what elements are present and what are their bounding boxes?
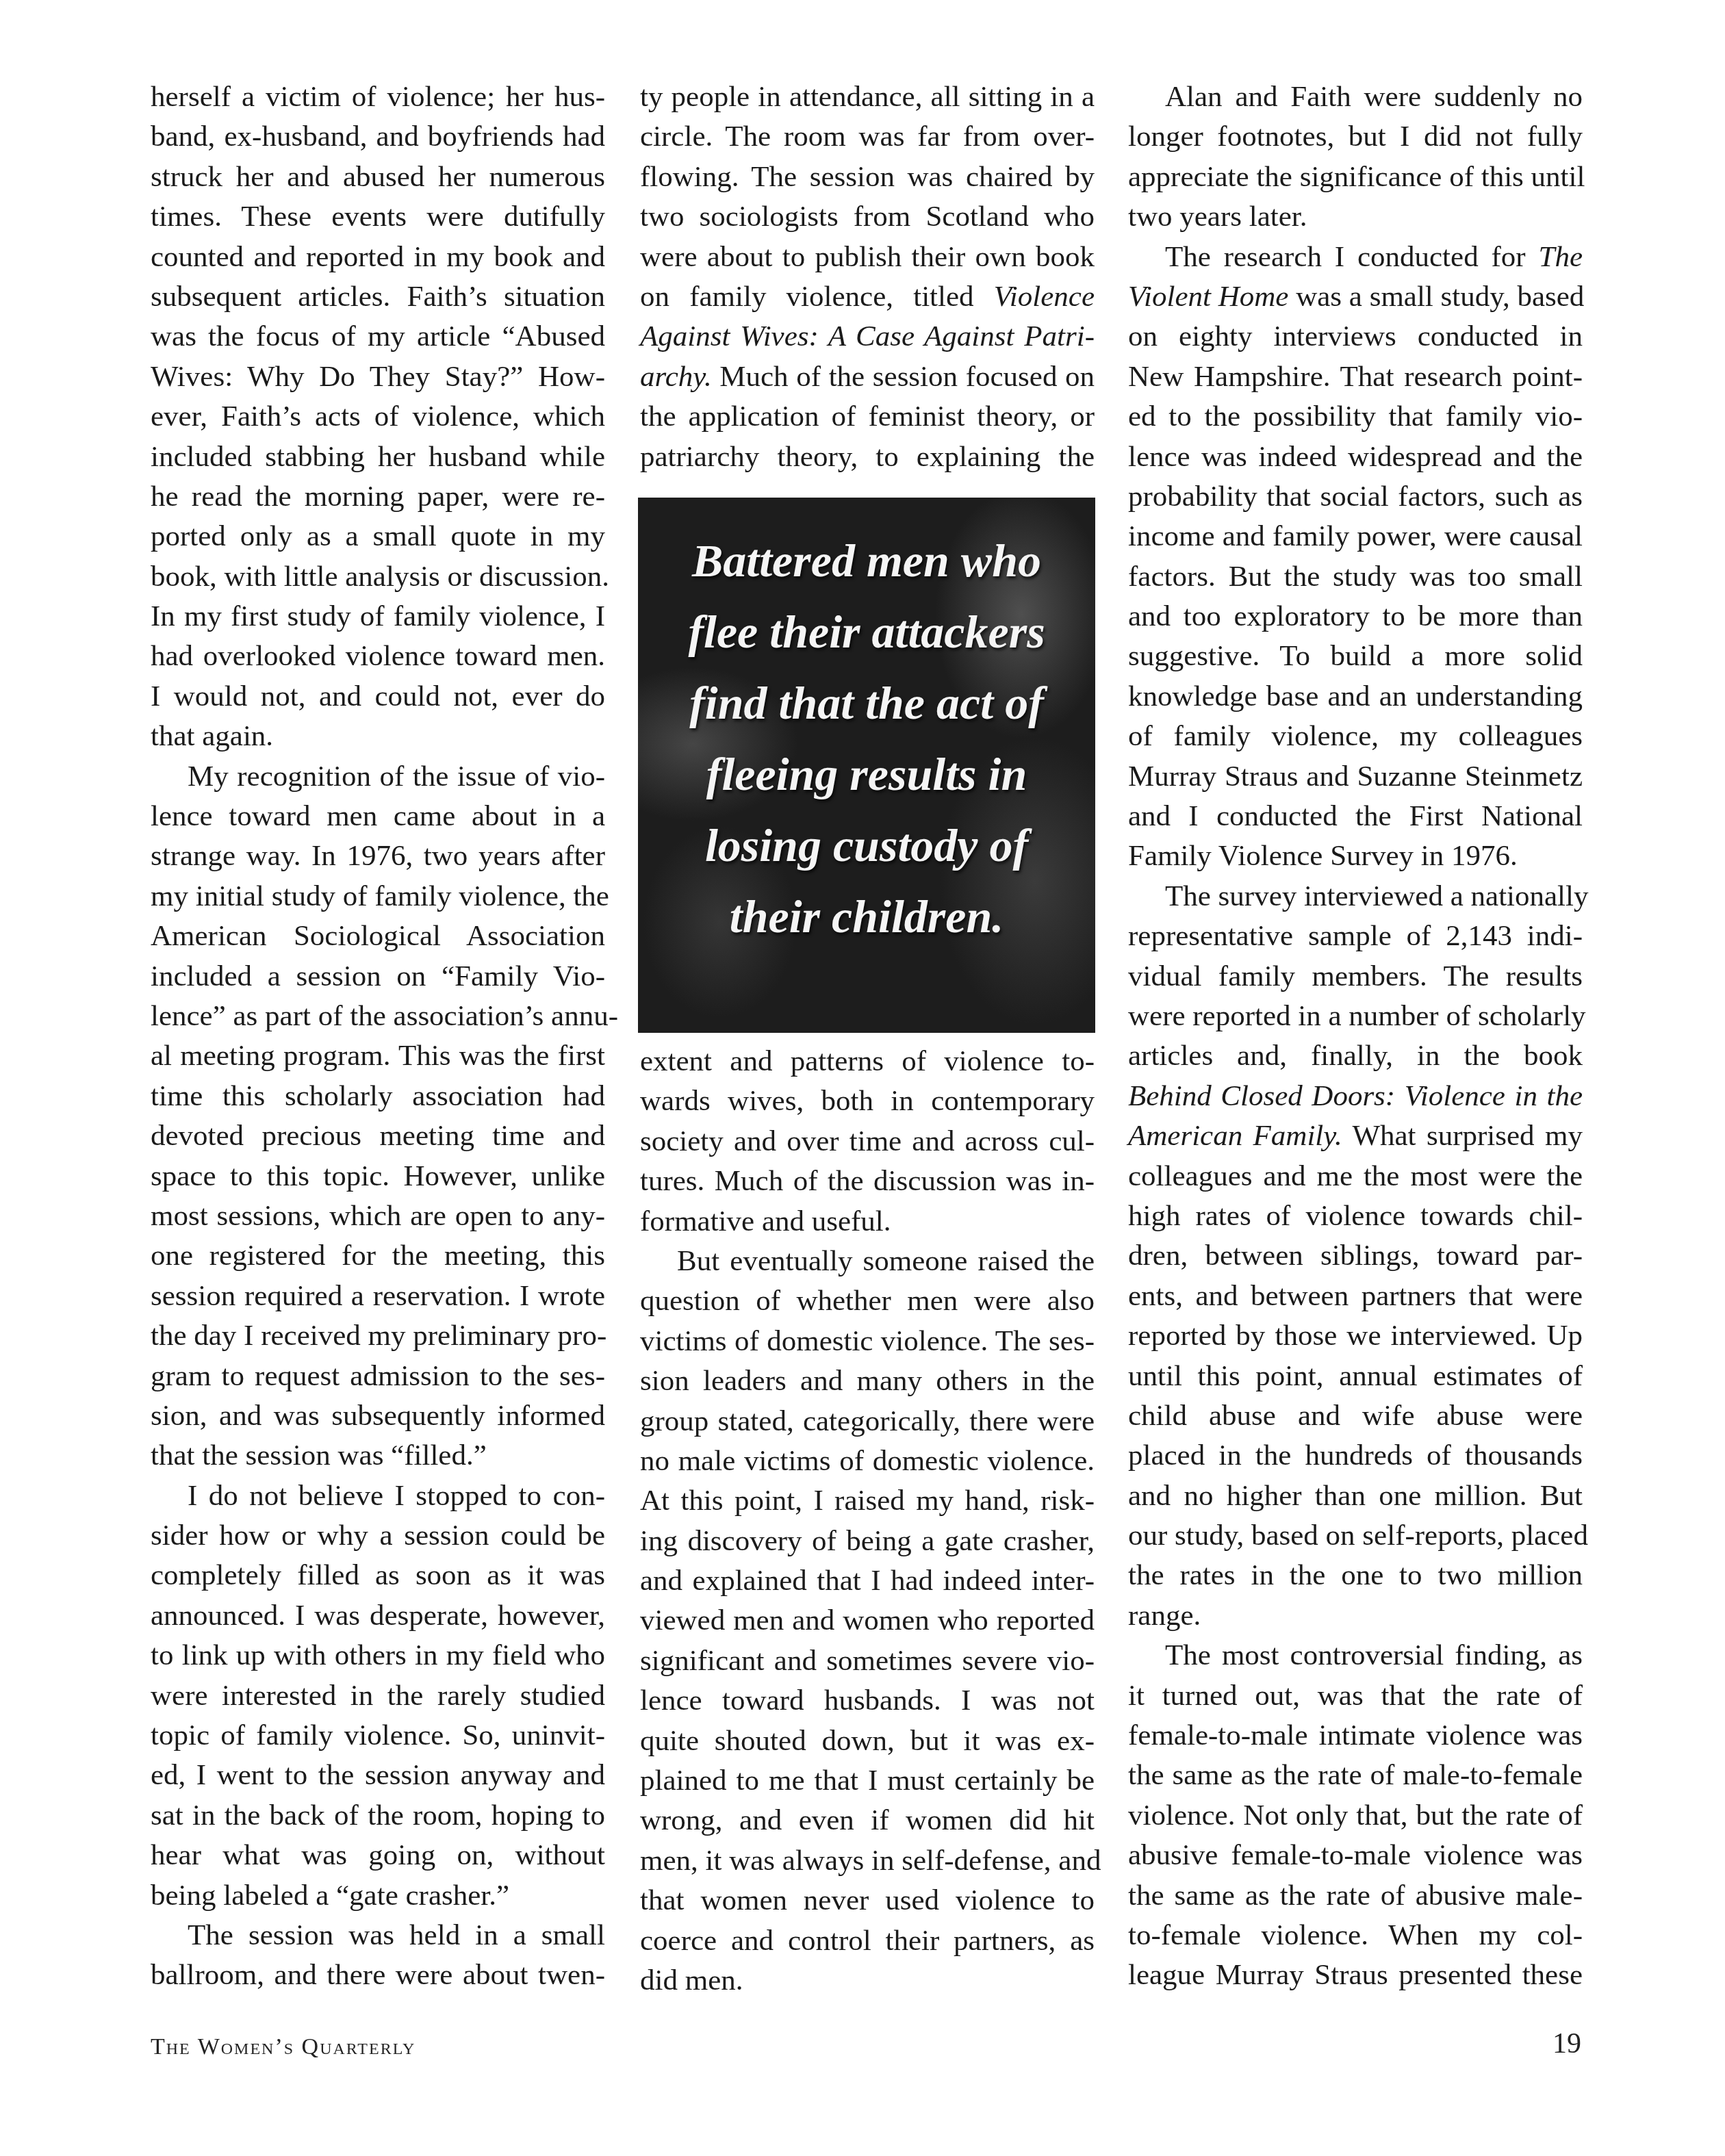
text-line: band, ex-husband, and boyfriends had <box>151 117 605 157</box>
text-line: American Sociological Association <box>151 916 605 956</box>
text-line: men, it was always in self-defense, and <box>640 1841 1095 1881</box>
italic-title: Behind Closed Doors: Violence in the <box>1128 1080 1583 1112</box>
text-line: that the session was “filled.” <box>151 1436 605 1476</box>
text-line: probability that social factors, such as <box>1128 477 1583 517</box>
text-line: herself a victim of violence; her hus- <box>151 77 605 117</box>
text-line: until this point, annual estimates of <box>1128 1357 1583 1396</box>
text-line: of family violence, my colleagues <box>1128 717 1583 756</box>
text-line: were about to publish their own book <box>640 238 1095 277</box>
text-line: lence toward men came about in a <box>151 797 605 836</box>
text-line: were interested in the rarely studied <box>151 1676 605 1716</box>
text-line: abusive female-to-male violence was <box>1128 1836 1583 1875</box>
text-line: archy. Much of the session focused on <box>640 357 1095 397</box>
text-line: representative sample of 2,143 indi- <box>1128 916 1583 956</box>
text-line: announced. I was desperate, however, <box>151 1596 605 1636</box>
text-line: the application of feminist theory, or <box>640 397 1095 437</box>
pullquote-line: losing custody of <box>638 810 1095 881</box>
text-line: ents, and between partners that were <box>1128 1276 1583 1316</box>
text-line: Behind Closed Doors: Violence in the <box>1128 1077 1583 1116</box>
italic-title: The <box>1539 241 1583 273</box>
italic-title: American Family. <box>1128 1120 1342 1152</box>
text-line: devoted precious meeting time and <box>151 1116 605 1156</box>
text-line: income and family power, were causal <box>1128 517 1583 556</box>
text-line: included a session on “Family Vio- <box>151 957 605 997</box>
text-line: patriarchy theory, to explaining the <box>640 437 1095 477</box>
text-line: strange way. In 1976, two years after <box>151 836 605 876</box>
text-line: that women never used violence to <box>640 1881 1095 1921</box>
text-line: Family Violence Survey in 1976. <box>1128 836 1583 876</box>
text-line: At this point, I raised my hand, risk- <box>640 1481 1095 1521</box>
text-line: were reported in a number of scholarly <box>1128 997 1583 1036</box>
italic-title: Violence <box>994 281 1095 313</box>
text-line: significant and sometimes severe vio- <box>640 1641 1095 1681</box>
text-line: ballroom, and there were about twen- <box>151 1955 605 1995</box>
text-line: child abuse and wife abuse were <box>1128 1396 1583 1436</box>
text-line: coerce and control their partners, as <box>640 1921 1095 1961</box>
italic-title: Violent Home <box>1128 281 1288 313</box>
pullquote-image: Battered men whoflee their attackersfind… <box>638 498 1095 1033</box>
column-middle-bottom: extent and patterns of violence to-wards… <box>640 1042 1095 2001</box>
column-right: Alan and Faith were suddenly nolonger fo… <box>1128 77 1583 1996</box>
text-line: quite shouted down, but it was ex- <box>640 1721 1095 1761</box>
text-line: question of whether men were also <box>640 1281 1095 1321</box>
text-line: and explained that I had indeed inter- <box>640 1561 1095 1601</box>
text-line: high rates of violence towards chil- <box>1128 1196 1583 1236</box>
pullquote-line: Battered men who <box>638 525 1095 596</box>
text-line: I would not, and could not, ever do <box>151 677 605 717</box>
text-line: and I conducted the First National <box>1128 797 1583 836</box>
text-line: reported by those we interviewed. Up <box>1128 1316 1583 1356</box>
text-line: tures. Much of the discussion was in- <box>640 1162 1095 1201</box>
text-line: it turned out, was that the rate of <box>1128 1676 1583 1716</box>
text-line: completely filled as soon as it was <box>151 1556 605 1595</box>
text-line: suggestive. To build a more solid <box>1128 637 1583 676</box>
text-line: had overlooked violence toward men. <box>151 637 605 676</box>
text-line: gram to request admission to the ses- <box>151 1357 605 1396</box>
text-line: time this scholarly association had <box>151 1077 605 1116</box>
text-line: being labeled a “gate crasher.” <box>151 1876 605 1916</box>
text-line: he read the morning paper, were re- <box>151 477 605 517</box>
text-line: In my first study of family violence, I <box>151 597 605 637</box>
text-line: struck her and abused her numerous <box>151 157 605 197</box>
text-line: range. <box>1128 1596 1583 1636</box>
text-line: female-to-male intimate violence was <box>1128 1716 1583 1756</box>
text-line: no male victims of domestic violence. <box>640 1441 1095 1481</box>
pullquote-line: flee their attackers <box>638 596 1095 667</box>
text-line: But eventually someone raised the <box>640 1242 1095 1281</box>
text-line: sider how or why a session could be <box>151 1516 605 1556</box>
text-line: ed to the possibility that family vio- <box>1128 397 1583 437</box>
text-line: violence. Not only that, but the rate of <box>1128 1796 1583 1836</box>
text-line: group stated, categorically, there were <box>640 1402 1095 1441</box>
text-line: ty people in attendance, all sitting in … <box>640 77 1095 117</box>
text-line: al meeting program. This was the first <box>151 1036 605 1076</box>
text-line: two sociologists from Scotland who <box>640 197 1095 237</box>
page-number: 19 <box>1552 2027 1581 2060</box>
text-line: sion leaders and many others in the <box>640 1361 1095 1401</box>
text-line: My recognition of the issue of vio- <box>151 757 605 797</box>
text-line: placed in the hundreds of thousands <box>1128 1436 1583 1476</box>
column-middle-top: ty people in attendance, all sitting in … <box>640 77 1095 477</box>
text-line: wrong, and even if women did hit <box>640 1801 1095 1840</box>
text-line: circle. The room was far from over- <box>640 117 1095 157</box>
text-line: sion, and was subsequently informed <box>151 1396 605 1436</box>
text-line: ing discovery of being a gate crasher, <box>640 1522 1095 1561</box>
text-line: two years later. <box>1128 197 1583 237</box>
text-line: appreciate the significance of this unti… <box>1128 157 1583 197</box>
text-line: our study, based on self-reports, placed <box>1128 1516 1583 1556</box>
text-line: New Hampshire. That research point- <box>1128 357 1583 397</box>
text-line: viewed men and women who reported <box>640 1601 1095 1641</box>
text-line: ever, Faith’s acts of violence, which <box>151 397 605 437</box>
text-line: longer footnotes, but I did not fully <box>1128 117 1583 157</box>
text-line: league Murray Straus presented these <box>1128 1955 1583 1995</box>
text-line: to link up with others in my field who <box>151 1636 605 1676</box>
text-line: The research I conducted for The <box>1128 238 1583 277</box>
text-line: The session was held in a small <box>151 1916 605 1955</box>
text-line: colleagues and me the most were the <box>1128 1157 1583 1196</box>
text-line: my initial study of family violence, the <box>151 877 605 916</box>
text-line: factors. But the study was too small <box>1128 557 1583 597</box>
text-line: extent and patterns of violence to- <box>640 1042 1095 1081</box>
text-line: the same as the rate of male-to-female <box>1128 1756 1583 1795</box>
text-line: times. These events were dutifully <box>151 197 605 237</box>
text-line: The most controversial finding, as <box>1128 1636 1583 1676</box>
text-line: Alan and Faith were suddenly no <box>1128 77 1583 117</box>
text-line: the same as the rate of abusive male- <box>1128 1876 1583 1916</box>
text-line: society and over time and across cul- <box>640 1122 1095 1162</box>
pullquote-line: fleeing results in <box>638 739 1095 810</box>
text-line: vidual family members. The results <box>1128 957 1583 997</box>
text-line: wards wives, both in contemporary <box>640 1081 1095 1121</box>
text-line: was the focus of my article “Abused <box>151 317 605 357</box>
text-line: hear what was going on, without <box>151 1836 605 1875</box>
text-line: the rates in the one to two million <box>1128 1556 1583 1595</box>
text-line: The survey interviewed a nationally <box>1128 877 1583 916</box>
text-line: flowing. The session was chaired by <box>640 157 1095 197</box>
text-line: ported only as a small quote in my <box>151 517 605 556</box>
text-line: on family violence, titled Violence <box>640 277 1095 317</box>
text-line: and too exploratory to be more than <box>1128 597 1583 637</box>
text-line: lence” as part of the association’s annu… <box>151 997 605 1036</box>
text-line: articles and, finally, in the book <box>1128 1036 1583 1076</box>
text-line: American Family. What surprised my <box>1128 1116 1583 1156</box>
text-line: I do not believe I stopped to con- <box>151 1476 605 1516</box>
text-line: dren, between siblings, toward par- <box>1128 1236 1583 1276</box>
text-line: topic of family violence. So, uninvit- <box>151 1716 605 1756</box>
text-line: space to this topic. However, unlike <box>151 1157 605 1196</box>
text-line: session required a reservation. I wrote <box>151 1276 605 1316</box>
text-line: Wives: Why Do They Stay?” How- <box>151 357 605 397</box>
text-line: on eighty interviews conducted in <box>1128 317 1583 357</box>
italic-title: Against Wives: A Case Against Patri- <box>640 320 1095 352</box>
italic-title: archy. <box>640 361 712 393</box>
text-line: book, with little analysis or discussion… <box>151 557 605 597</box>
text-line: one registered for the meeting, this <box>151 1236 605 1276</box>
text-line: to-female violence. When my col- <box>1128 1916 1583 1955</box>
pullquote-line: find that the act of <box>638 667 1095 739</box>
text-line: the day I received my preliminary pro- <box>151 1316 605 1356</box>
text-line: knowledge base and an understanding <box>1128 677 1583 717</box>
text-line: that again. <box>151 717 605 756</box>
text-line: lence toward husbands. I was not <box>640 1681 1095 1721</box>
text-line: lence was indeed widespread and the <box>1128 437 1583 477</box>
text-line: plained to me that I must certainly be <box>640 1761 1095 1801</box>
text-line: included stabbing her husband while <box>151 437 605 477</box>
text-line: counted and reported in my book and <box>151 238 605 277</box>
publication-title: The Women’s Quarterly <box>151 2034 416 2060</box>
pullquote-line: their children. <box>638 881 1095 952</box>
text-line: subsequent articles. Faith’s situation <box>151 277 605 317</box>
text-line: did men. <box>640 1961 1095 2001</box>
text-line: most sessions, which are open to any- <box>151 1196 605 1236</box>
text-line: and no higher than one million. But <box>1128 1476 1583 1516</box>
text-line: Against Wives: A Case Against Patri- <box>640 317 1095 357</box>
text-line: Violent Home was a small study, based <box>1128 277 1583 317</box>
column-left: herself a victim of violence; her hus-ba… <box>151 77 605 1996</box>
text-line: victims of domestic violence. The ses- <box>640 1322 1095 1361</box>
text-line: Murray Straus and Suzanne Steinmetz <box>1128 757 1583 797</box>
text-line: formative and useful. <box>640 1202 1095 1242</box>
text-line: sat in the back of the room, hoping to <box>151 1796 605 1836</box>
text-line: ed, I went to the session anyway and <box>151 1756 605 1795</box>
